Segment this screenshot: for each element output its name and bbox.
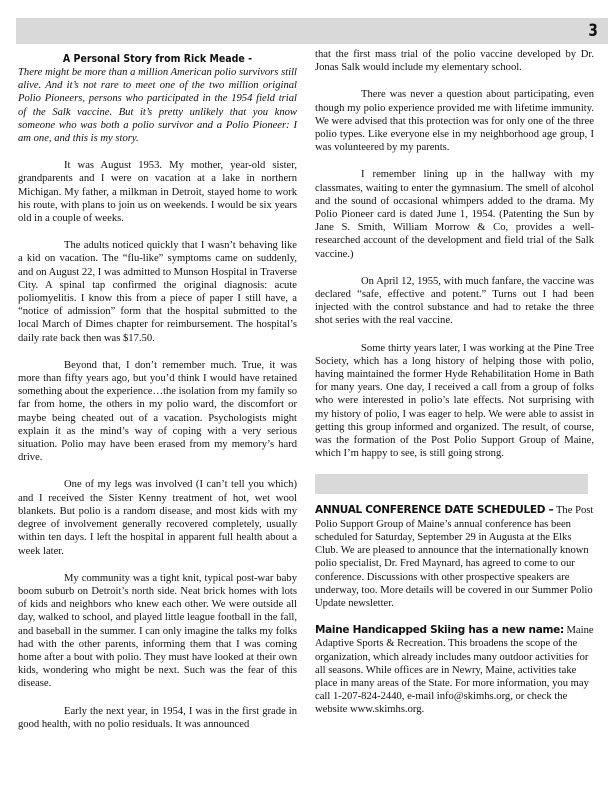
story-continuation: that the first mass trial of the polio v… [315,48,594,74]
left-column: A Personal Story from Rick Meade - There… [18,48,297,745]
story-paragraph: One of my legs was involved (I can’t tel… [18,478,297,557]
right-column: that the first mass trial of the polio v… [315,48,594,731]
section-divider-bar [315,474,588,494]
news-body: The Post Polio Support Group of Maine’s … [315,505,593,608]
news-item-skiing: Maine Handicapped Skiing has a new name:… [315,624,594,716]
story-paragraph: Early the next year, in 1954, I was in t… [18,705,297,731]
story-title: A Personal Story from Rick Meade - [38,52,278,66]
story-paragraph: There was never a question about partici… [315,88,594,154]
page-header-bar: 3 [16,18,608,44]
story-paragraph: I remember lining up in the hallway with… [315,168,594,260]
story-paragraph: Beyond that, I don’t remember much. True… [18,359,297,465]
story-paragraph: My community was a tight knit, typical p… [18,572,297,691]
page-number: 3 [589,21,598,41]
story-intro: There might be more than a million Ameri… [18,66,297,145]
news-headline: Maine Handicapped Skiing has a new name: [315,624,564,636]
story-paragraph: The adults noticed quickly that I wasn’t… [18,239,297,345]
story-paragraph: On April 12, 1955, with much fanfare, th… [315,275,594,328]
news-item-conference: ANNUAL CONFERENCE DATE SCHEDULED – The P… [315,504,594,610]
story-paragraph: It was August 1953. My mother, year-old … [18,159,297,225]
news-body: Maine Adaptive Sports & Recreation. This… [315,625,594,715]
story-paragraph: Some thirty years later, I was working a… [315,342,594,461]
news-headline: ANNUAL CONFERENCE DATE SCHEDULED – [315,504,554,516]
